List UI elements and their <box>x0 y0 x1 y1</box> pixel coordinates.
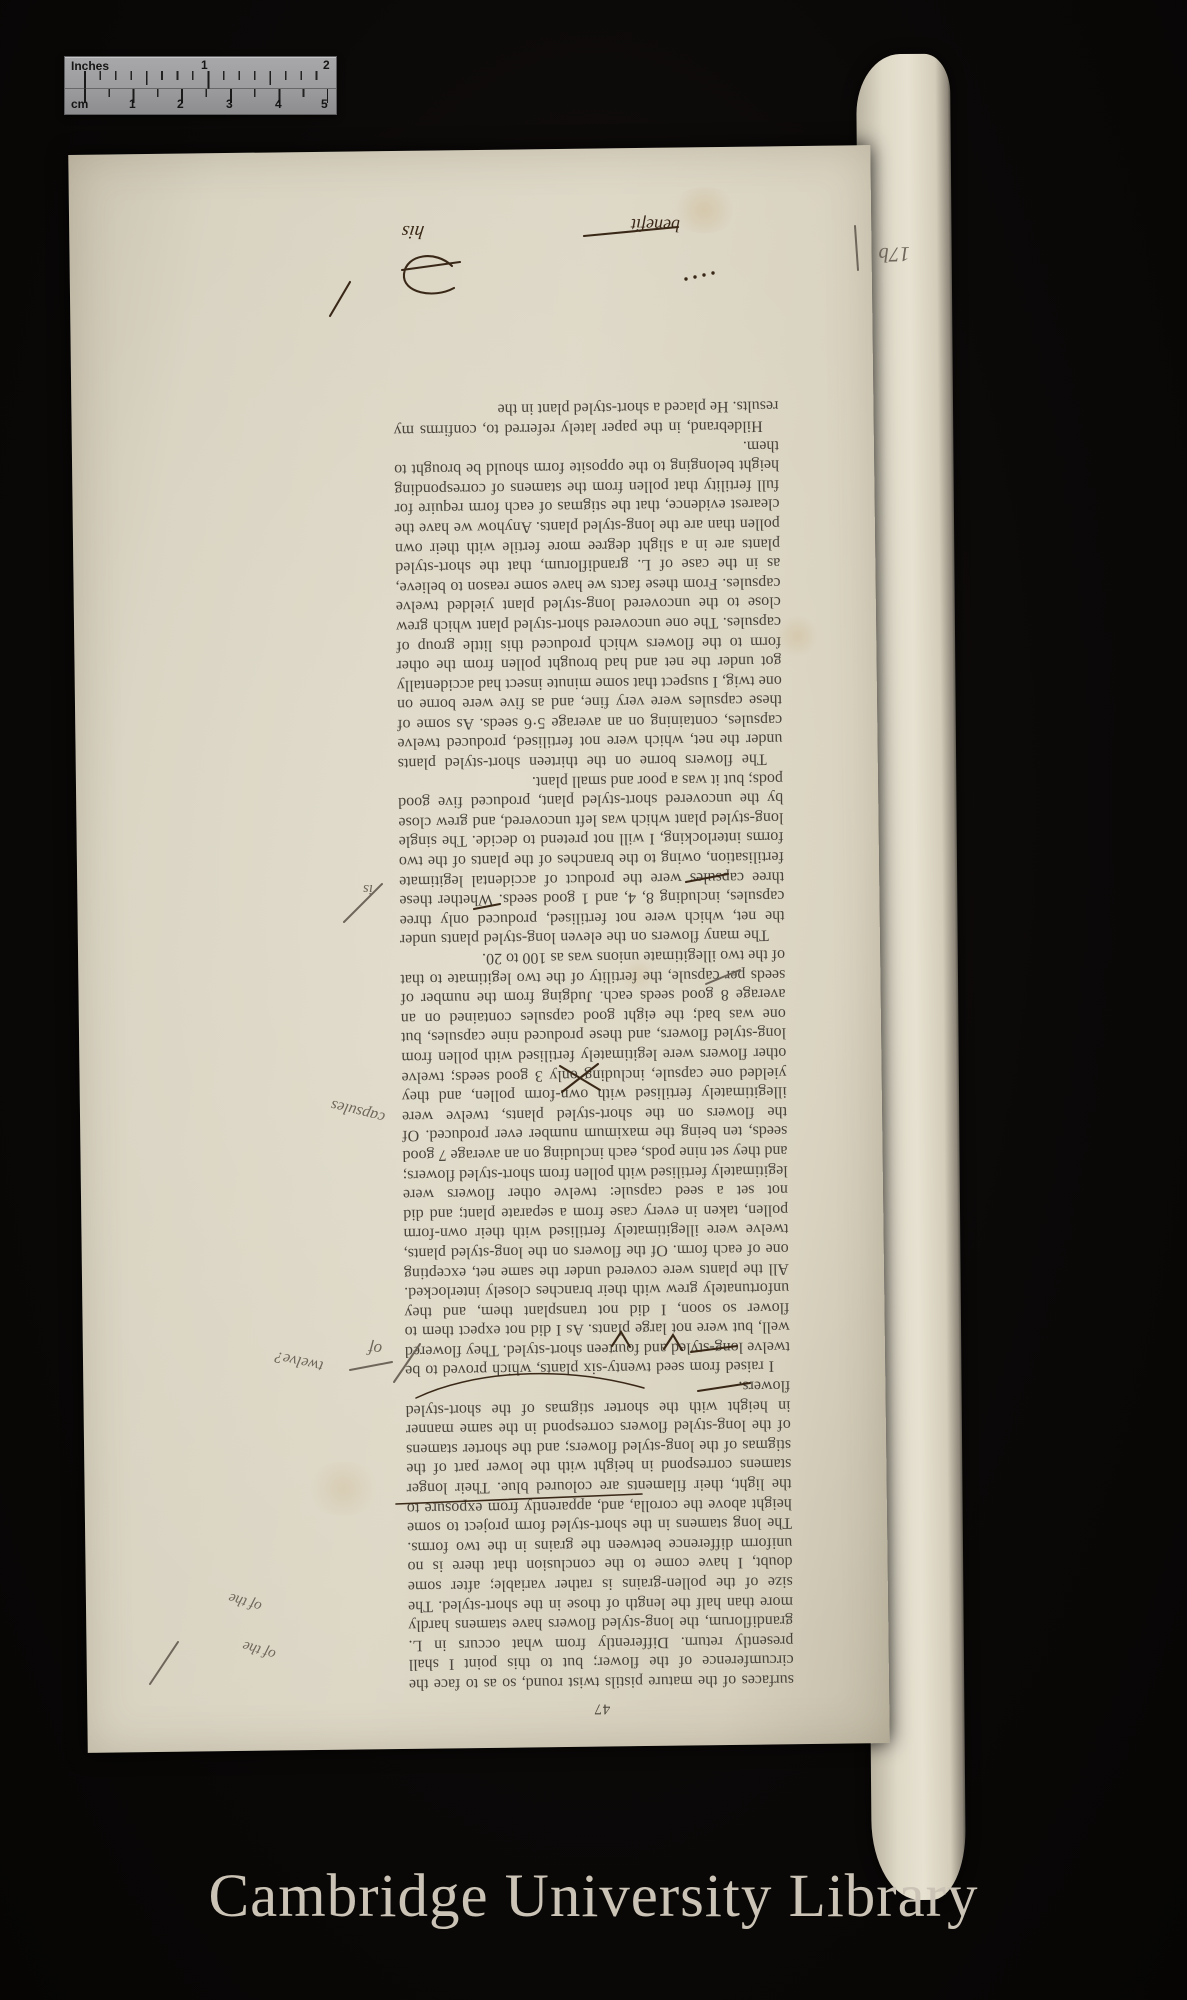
ruler-inch-1: 1 <box>201 58 208 72</box>
ruler-cm-1: 1 <box>129 97 136 111</box>
page-number: 47 <box>409 1697 794 1719</box>
ruler-inch-whole-ticks <box>84 71 328 89</box>
reference-ruler: Inches cm 1 2 1 2 3 4 5 <box>64 56 337 115</box>
pencil-note-is: is <box>349 880 373 897</box>
paragraph-2: I raised from seed twenty-six plants, wh… <box>400 945 790 1381</box>
ruler-cm-whole-ticks <box>84 89 328 103</box>
printed-text-block: 47 surfaces of the mature pistils twist … <box>68 145 889 1753</box>
ruler-cm-2: 2 <box>177 97 184 111</box>
ink-note-struck-word: benefit <box>584 213 680 236</box>
printed-text-column: surfaces of the mature pistils twist rou… <box>393 396 794 1694</box>
document-page: 47 surfaces of the mature pistils twist … <box>68 145 889 1753</box>
paragraph-4: The flowers borne on the thirteen short-… <box>394 435 783 773</box>
paragraph-3: The many flowers on the eleven long-styl… <box>398 768 785 949</box>
ruler-inch-2: 2 <box>323 58 330 72</box>
paragraph-5: Hildebrand, in the paper lately referred… <box>393 396 778 440</box>
ink-note-his: his <box>382 220 425 242</box>
paragraph-1: surfaces of the mature pistils twist rou… <box>405 1376 794 1694</box>
library-caption: Cambridge University Library <box>0 1862 1187 1932</box>
ruler-cm-3: 3 <box>226 97 233 111</box>
ruler-cm-5: 5 <box>321 97 328 111</box>
pencil-shelfmark-17b: 17b <box>862 241 911 268</box>
ruler-cm-4: 4 <box>275 97 282 111</box>
pencil-note-of: of <box>349 1337 383 1360</box>
